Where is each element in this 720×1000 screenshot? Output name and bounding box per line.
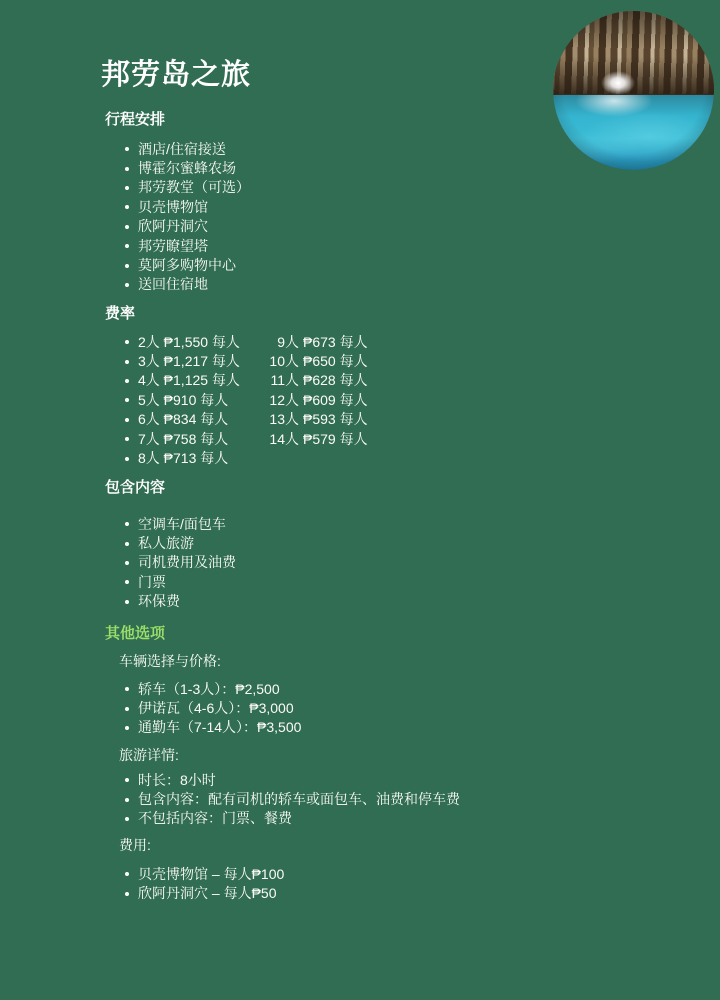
inclusion-item-text: 私人旅游: [138, 533, 194, 553]
itinerary-item-text: 贝壳博物馆: [138, 197, 208, 217]
itinerary-list-item: 酒店/住宿接送: [125, 139, 695, 158]
rate-row: 2人 ₱1,550 每人 9人 ₱673 每人: [125, 332, 695, 351]
rate-right-pax: 10人: [269, 351, 299, 371]
details-label: 旅游详情:: [119, 747, 179, 764]
fee-list-item: 欣阿丹洞穴 – 每人₱50: [125, 883, 695, 902]
vehicle-list-item: 通勤车（7-14人）：₱3,500: [125, 718, 695, 737]
detail-list-item: 包含内容：配有司机的轿车或面包车、油费和停车费: [125, 789, 695, 808]
bullet-icon: [125, 283, 129, 287]
vehicle-item-text: 通勤车（7-14人）：₱3,500: [138, 717, 301, 737]
bullet-icon: [125, 418, 129, 422]
fee-item-text: 欣阿丹洞穴 – 每人₱50: [138, 883, 276, 903]
inclusion-list-item: 空调车/面包车: [125, 514, 695, 533]
itinerary-list-item: 莫阿多购物中心: [125, 255, 695, 274]
bullet-icon: [125, 580, 129, 584]
itinerary-item-text: 邦劳瞭望塔: [138, 236, 208, 256]
vehicle-item-text: 轿车（1-3人）：₱2,500: [138, 679, 280, 699]
detail-item-text: 时长：8小时: [138, 770, 216, 790]
detail-list-item: 不包括内容：门票、餐费: [125, 809, 695, 828]
detail-list-item: 时长：8小时: [125, 770, 695, 789]
detail-item-text: 不包括内容：门票、餐费: [138, 808, 292, 828]
vehicle-list-item: 伊诺瓦（4-6人）：₱3,000: [125, 698, 695, 717]
bullet-icon: [125, 522, 129, 526]
itinerary-list: 酒店/住宿接送 博霍尔蜜蜂农场 邦劳教堂（可选） 贝壳博物馆 欣阿丹洞穴: [125, 139, 695, 294]
bullet-icon: [125, 798, 129, 802]
rate-right-price: ₱673 每人: [303, 332, 368, 352]
bullet-icon: [125, 778, 129, 782]
inclusion-list-item: 私人旅游: [125, 533, 695, 552]
inclusion-list-item: 门票: [125, 572, 695, 591]
rates-list: 2人 ₱1,550 每人 9人 ₱673 每人 3人 ₱1,217 每人 10人…: [125, 332, 695, 468]
fee-list-item: 贝壳博物馆 – 每人₱100: [125, 864, 695, 883]
rate-right-price: ₱593 每人: [303, 409, 368, 429]
itinerary-list-item: 欣阿丹洞穴: [125, 217, 695, 236]
section-heading-itinerary: 行程安排: [105, 111, 165, 129]
rate-left-text: 3人 ₱1,217 每人: [138, 351, 269, 371]
inclusion-item-text: 司机费用及油费: [138, 552, 236, 572]
itinerary-item-text: 莫阿多购物中心: [138, 255, 236, 275]
bullet-icon: [125, 167, 129, 171]
itinerary-item-text: 欣阿丹洞穴: [138, 216, 208, 236]
fees-list: 贝壳博物馆 – 每人₱100 欣阿丹洞穴 – 每人₱50: [125, 864, 695, 903]
bullet-icon: [125, 687, 129, 691]
fee-item-text: 贝壳博物馆 – 每人₱100: [138, 864, 284, 884]
section-heading-options: 其他选项: [105, 625, 165, 643]
bullet-icon: [125, 542, 129, 546]
rate-right-pax: 9人: [269, 332, 299, 352]
rate-right-price: ₱609 每人: [303, 390, 368, 410]
inclusion-item-text: 空调车/面包车: [138, 514, 226, 534]
inclusions-list: 空调车/面包车 私人旅游 司机费用及油费 门票 环保费: [125, 514, 695, 611]
inclusion-item-text: 环保费: [138, 591, 180, 611]
rate-left-text: 4人 ₱1,125 每人: [138, 370, 269, 390]
itinerary-item-text: 酒店/住宿接送: [138, 139, 226, 159]
rate-left-text: 7人 ₱758 每人: [138, 429, 269, 449]
bullet-icon: [125, 225, 129, 229]
bullet-icon: [125, 205, 129, 209]
itinerary-list-item: 贝壳博物馆: [125, 197, 695, 216]
vehicles-label: 车辆选择与价格:: [119, 653, 221, 670]
rate-right-pax: 13人: [269, 409, 299, 429]
rate-left-text: 2人 ₱1,550 每人: [138, 332, 269, 352]
itinerary-list-item: 邦劳教堂（可选）: [125, 178, 695, 197]
details-list: 时长：8小时 包含内容：配有司机的轿车或面包车、油费和停车费 不包括内容：门票、…: [125, 770, 695, 828]
itinerary-list-item: 送回住宿地: [125, 275, 695, 294]
inclusion-list-item: 司机费用及油费: [125, 553, 695, 572]
page-title: 邦劳岛之旅: [101, 60, 251, 92]
bullet-icon: [125, 360, 129, 364]
rate-right-price: ₱628 每人: [303, 370, 368, 390]
rate-row: 5人 ₱910 每人 12人 ₱609 每人: [125, 390, 695, 409]
rate-row: 3人 ₱1,217 每人 10人 ₱650 每人: [125, 351, 695, 370]
detail-item-text: 包含内容：配有司机的轿车或面包车、油费和停车费: [138, 789, 460, 809]
section-heading-inclusions: 包含内容: [105, 479, 165, 497]
bullet-icon: [125, 817, 129, 821]
rate-left-text: 8人 ₱713 每人: [138, 448, 269, 468]
inclusion-item-text: 门票: [138, 572, 166, 592]
rate-row: 6人 ₱834 每人 13人 ₱593 每人: [125, 410, 695, 429]
bullet-icon: [125, 264, 129, 268]
tour-flyer-page: 邦劳岛之旅 行程安排 酒店/住宿接送 博霍尔蜜蜂农场 邦劳教堂（可选） 贝壳博物…: [0, 0, 720, 1000]
rate-left-text: 6人 ₱834 每人: [138, 409, 269, 429]
rate-right-pax: 12人: [269, 390, 299, 410]
itinerary-item-text: 博霍尔蜜蜂农场: [138, 158, 236, 178]
rate-row: 8人 ₱713 每人: [125, 448, 695, 467]
fees-label: 费用:: [119, 837, 151, 854]
vehicles-list: 轿车（1-3人）：₱2,500 伊诺瓦（4-6人）：₱3,000 通勤车（7-1…: [125, 679, 695, 737]
bullet-icon: [125, 379, 129, 383]
bullet-icon: [125, 707, 129, 711]
bullet-icon: [125, 437, 129, 441]
bullet-icon: [125, 561, 129, 565]
rate-row: 7人 ₱758 每人 14人 ₱579 每人: [125, 429, 695, 448]
bullet-icon: [125, 398, 129, 402]
itinerary-item-text: 送回住宿地: [138, 274, 208, 294]
bullet-icon: [125, 600, 129, 604]
rate-right-pax: 11人: [269, 370, 299, 390]
itinerary-item-text: 邦劳教堂（可选）: [138, 177, 250, 197]
vehicle-list-item: 轿车（1-3人）：₱2,500: [125, 679, 695, 698]
bullet-icon: [125, 726, 129, 730]
bullet-icon: [125, 147, 129, 151]
bullet-icon: [125, 186, 129, 190]
bullet-icon: [125, 892, 129, 896]
itinerary-list-item: 邦劳瞭望塔: [125, 236, 695, 255]
bullet-icon: [125, 340, 129, 344]
bullet-icon: [125, 457, 129, 461]
itinerary-list-item: 博霍尔蜜蜂农场: [125, 158, 695, 177]
rate-right-price: ₱650 每人: [303, 351, 368, 371]
vehicle-item-text: 伊诺瓦（4-6人）：₱3,000: [138, 698, 294, 718]
rate-row: 4人 ₱1,125 每人 11人 ₱628 每人: [125, 371, 695, 390]
rate-left-text: 5人 ₱910 每人: [138, 390, 269, 410]
rate-right-price: ₱579 每人: [303, 429, 368, 449]
section-heading-rates: 费率: [105, 305, 135, 323]
bullet-icon: [125, 872, 129, 876]
rate-right-pax: 14人: [269, 429, 299, 449]
inclusion-list-item: 环保费: [125, 592, 695, 611]
bullet-icon: [125, 244, 129, 248]
